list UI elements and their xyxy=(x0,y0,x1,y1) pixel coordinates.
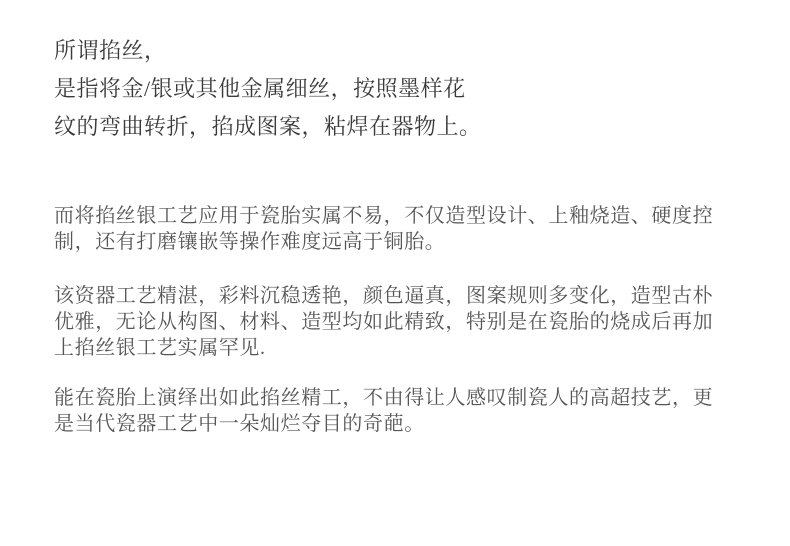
article-heading: 所谓掐丝， 是指将金/银或其他金属细丝，按照墨样花 纹的弯曲转折，掐成图案，粘焊… xyxy=(54,32,760,146)
paragraph-craft-quality: 该资器工艺精湛，彩料沉稳透艳，颜色逼真，图案规则多变化，造型古朴 优雅，无论从构… xyxy=(54,283,760,361)
paragraph-craft-difficulty: 而将掐丝银工艺应用于瓷胎实属不易，不仅造型设计、上釉烧造、硬度控 制，还有打磨镶… xyxy=(54,203,760,255)
paragraph-craft-praise: 能在瓷胎上演绎出如此掐丝精工，不由得让人感叹制瓷人的高超技艺，更 是当代瓷器工艺… xyxy=(54,385,760,437)
article: 所谓掐丝， 是指将金/银或其他金属细丝，按照墨样花 纹的弯曲转折，掐成图案，粘焊… xyxy=(54,32,760,437)
